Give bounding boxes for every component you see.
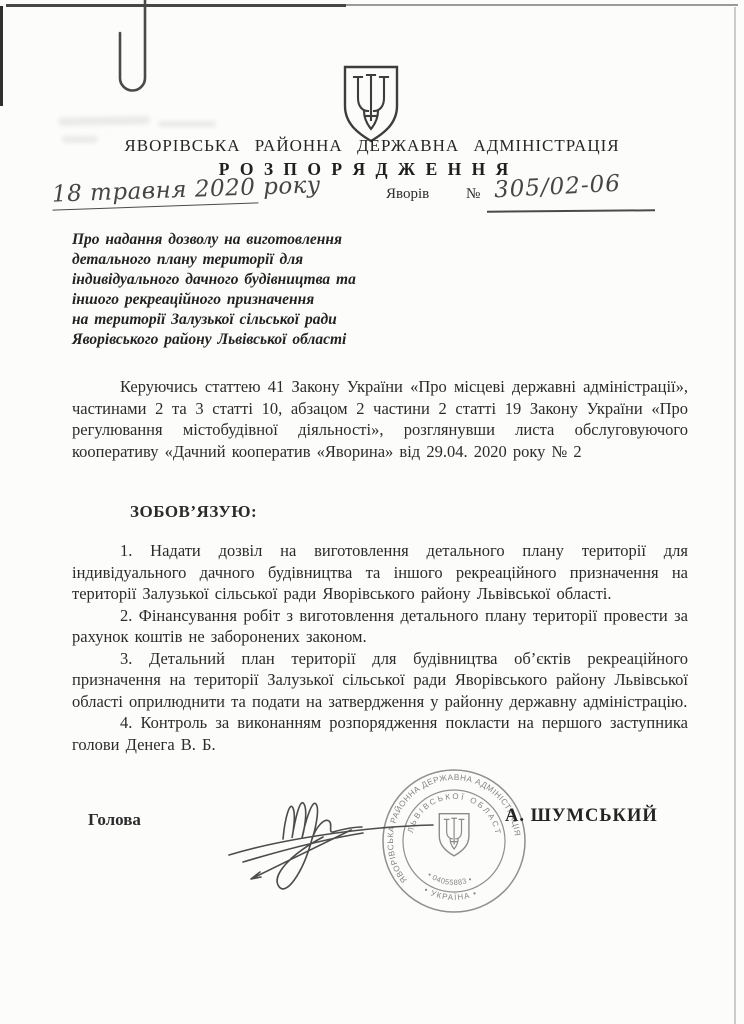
subject-line: на території Залузької сільської ради: [72, 310, 432, 330]
bleed-through-artifact: [58, 116, 150, 126]
subject-block: Про надання дозволу на виготовлення дета…: [72, 230, 432, 350]
number-label: №: [466, 186, 480, 203]
scanned-document-page: ЯВОРІВСЬКА РАЙОННА ДЕРЖАВНА АДМІНІСТРАЦІ…: [0, 0, 744, 1024]
subject-line: індивідуального дачного будівництва та: [72, 270, 432, 290]
scan-edge-right: [734, 7, 736, 1024]
stamp-trident-icon: [439, 814, 469, 856]
order-item: 4. Контроль за виконанням розпорядження …: [72, 712, 688, 755]
order-heading: ЗОБОВ’ЯЗУЮ:: [130, 502, 257, 522]
scan-edge-left: [0, 6, 3, 106]
subject-line: іншого рекреаційного призначення: [72, 290, 432, 310]
signer-name: А. ШУМСЬКИЙ: [505, 806, 658, 827]
subject-line: детального плану території для: [72, 250, 432, 270]
city-label: Яворів: [386, 186, 429, 203]
subject-line: Яворівського району Львівської області: [72, 330, 432, 350]
handwritten-signature: [225, 775, 440, 905]
order-item: 1. Надати дозвіл на виготовлення детальн…: [72, 540, 688, 605]
handwritten-document-number: 305/02-06: [493, 171, 621, 204]
preamble-section: Керуючись статтею 41 Закону України «Про…: [72, 376, 688, 462]
bleed-through-artifact: [158, 121, 216, 127]
organization-name: ЯВОРІВСЬКА РАЙОННА ДЕРЖАВНА АДМІНІСТРАЦІ…: [0, 136, 744, 156]
paperclip-icon: [107, 0, 162, 108]
ukraine-trident-emblem-icon: [337, 64, 405, 144]
scan-edge-top-dark: [6, 4, 346, 7]
preamble-paragraph: Керуючись статтею 41 Закону України «Про…: [72, 376, 688, 462]
number-underline: [487, 209, 655, 212]
order-item: 2. Фінансування робіт з виготовлення дет…: [72, 605, 688, 648]
subject-line: Про надання дозволу на виготовлення: [72, 230, 432, 250]
order-item: 3. Детальний план території для будівниц…: [72, 648, 688, 713]
signer-title: Голова: [88, 810, 141, 830]
order-items: 1. Надати дозвіл на виготовлення детальн…: [72, 540, 688, 755]
handwritten-date: 18 травня 2020 року: [52, 174, 259, 210]
scan-edge-top-gray: [346, 4, 738, 6]
